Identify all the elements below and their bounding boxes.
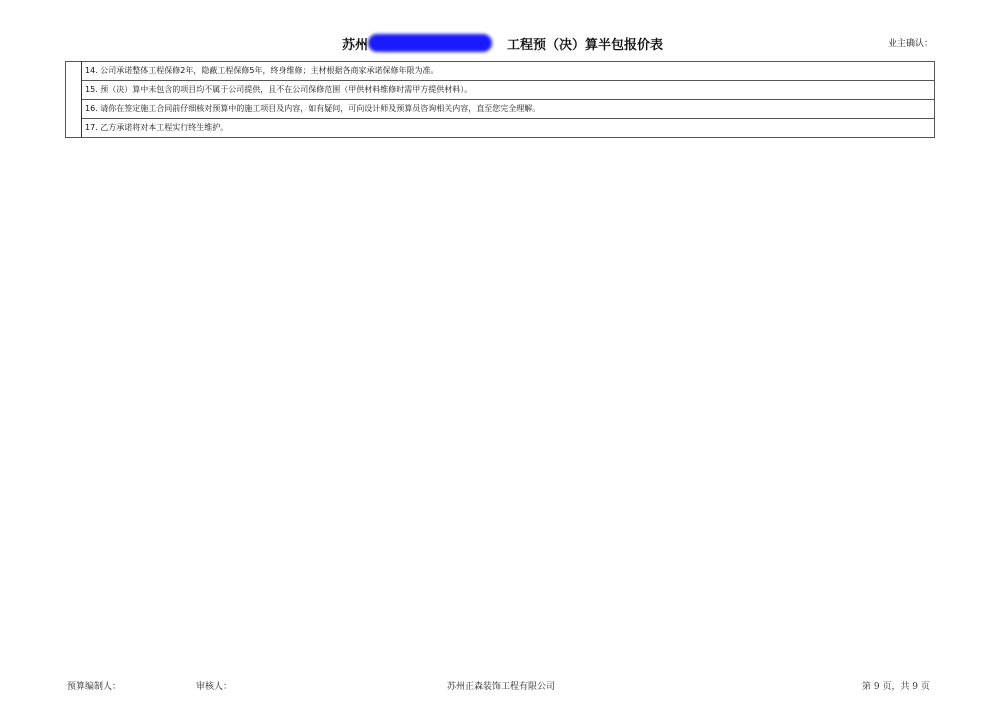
table-row: 15. 预（决）算中未包含的项目均不属于公司提供，且不在公司保修范围（甲供材料维… — [66, 81, 935, 100]
table-row: 17. 乙方承诺将对本工程实行终生维护。 — [66, 119, 935, 138]
term-cell: 16. 请你在签定施工合同前仔细核对预算中的施工项目及内容，如有疑问，可向设计师… — [82, 100, 935, 119]
prepared-by-label: 预算编制人： — [67, 679, 121, 692]
table-row: 14. 公司承诺整体工程保修2年，隐蔽工程保修5年，终身维修；主材根据各商家承诺… — [66, 62, 935, 81]
page-number: 第 9 页，共 9 页 — [862, 679, 930, 692]
term-cell: 14. 公司承诺整体工程保修2年，隐蔽工程保修5年，终身维修；主材根据各商家承诺… — [82, 62, 935, 81]
table-row: 16. 请你在签定施工合同前仔细核对预算中的施工项目及内容，如有疑问，可向设计师… — [66, 100, 935, 119]
reviewed-by-label: 审核人： — [196, 679, 232, 692]
redacted-region — [368, 34, 492, 52]
terms-table: 14. 公司承诺整体工程保修2年，隐蔽工程保修5年，终身维修；主材根据各商家承诺… — [65, 61, 935, 138]
company-name: 苏州正森装饰工程有限公司 — [447, 679, 555, 692]
term-cell: 15. 预（决）算中未包含的项目均不属于公司提供，且不在公司保修范围（甲供材料维… — [82, 81, 935, 100]
title-suffix: 工程预（决）算半包报价表 — [507, 34, 663, 53]
owner-confirm-label: 业主确认： — [888, 36, 933, 49]
term-cell: 17. 乙方承诺将对本工程实行终生维护。 — [82, 119, 935, 138]
index-column — [66, 62, 82, 138]
title-prefix: 苏州 — [342, 34, 368, 53]
document-title: 苏州 工程预（决）算半包报价表 — [0, 34, 1000, 54]
